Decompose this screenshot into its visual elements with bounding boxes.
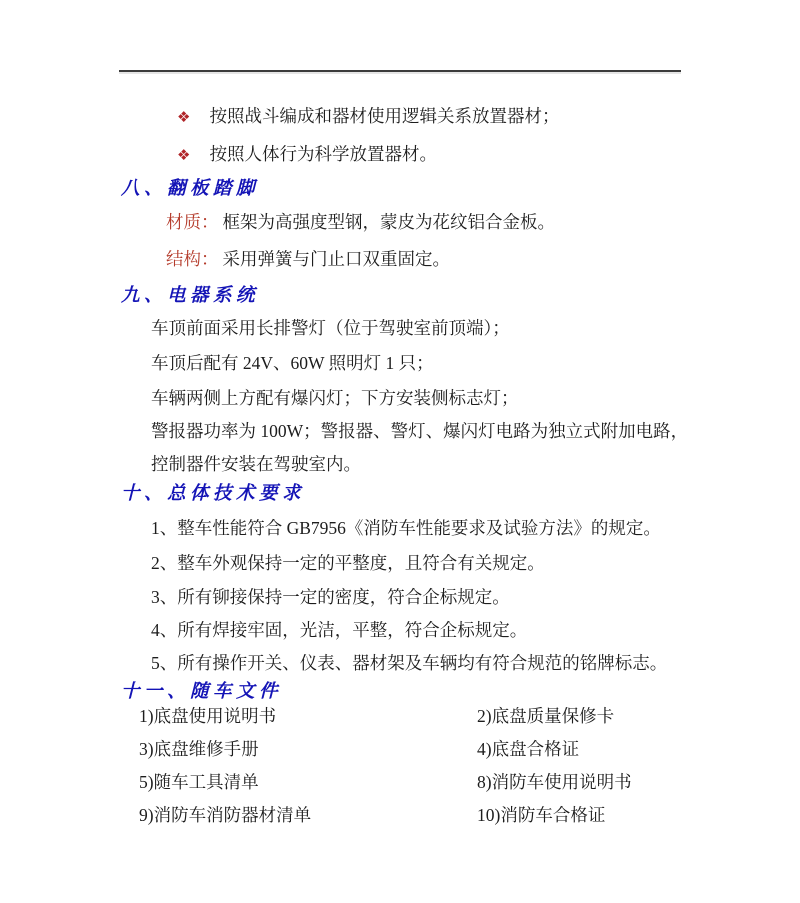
document-list-item: 10)消防车合格证	[477, 802, 605, 827]
electrical-line: 车辆两侧上方配有爆闪灯；下方安装侧标志灯；	[151, 385, 519, 410]
electrical-line: 车顶后配有 24V、60W 照明灯 1 只；	[151, 350, 434, 375]
document-list-item: 3)底盘维修手册	[139, 736, 259, 761]
requirement-item: 5、所有操作开关、仪表、器材架及车辆均有符合规范的铭牌标志。	[151, 650, 667, 675]
section-heading-11: 十一、随车文件	[121, 677, 282, 703]
document-list-item: 5)随车工具清单	[139, 769, 259, 794]
diamond-bullet-icon: ❖	[177, 105, 190, 129]
bullet-item: ❖ 按照人体行为科学放置器材。	[177, 142, 437, 167]
bullet-item: ❖ 按照战斗编成和器材使用逻辑关系放置器材；	[177, 104, 559, 129]
document-list-item: 2)底盘质量保修卡	[477, 703, 614, 728]
material-text: 框架为高强度型钢，蒙皮为花纹铝合金板。	[223, 212, 556, 232]
electrical-line: 控制器件安装在驾驶室内。	[151, 451, 361, 476]
document-list-item: 9)消防车消防器材清单	[139, 802, 311, 827]
structure-text: 采用弹簧与门止口双重固定。	[223, 249, 451, 269]
bullet-text: 按照战斗编成和器材使用逻辑关系放置器材；	[209, 104, 559, 128]
bullet-text: 按照人体行为科学放置器材。	[209, 142, 437, 166]
requirement-item: 1、整车性能符合 GB7956《消防车性能要求及试验方法》的规定。	[151, 515, 661, 540]
section-heading-10: 十、总体技术要求	[121, 479, 305, 505]
requirement-item: 2、整车外观保持一定的平整度，且符合有关规定。	[151, 550, 545, 575]
diamond-bullet-icon: ❖	[177, 143, 190, 167]
document-page: ❖ 按照战斗编成和器材使用逻辑关系放置器材； ❖ 按照人体行为科学放置器材。 八…	[0, 0, 800, 903]
section-heading-8: 八、翻板踏脚	[121, 174, 259, 200]
material-label: 材质：	[166, 212, 219, 232]
top-horizontal-rule	[119, 70, 681, 72]
document-list-item: 4)底盘合格证	[477, 736, 579, 761]
electrical-line: 警报器功率为 100W；警报器、警灯、爆闪灯电路为独立式附加电路，	[151, 418, 688, 443]
document-list-item: 8)消防车使用说明书	[477, 769, 632, 794]
structure-label: 结构：	[166, 249, 219, 269]
requirement-item: 3、所有铆接保持一定的密度，符合企标规定。	[151, 584, 510, 609]
material-row: 材质：框架为高强度型钢，蒙皮为花纹铝合金板。	[166, 209, 555, 234]
section-heading-9: 九、电器系统	[121, 281, 259, 307]
electrical-line: 车顶前面采用长排警灯（位于驾驶室前顶端）；	[151, 315, 510, 340]
structure-row: 结构：采用弹簧与门止口双重固定。	[166, 246, 450, 271]
document-list-item: 1)底盘使用说明书	[139, 703, 276, 728]
requirement-item: 4、所有焊接牢固，光洁，平整，符合企标规定。	[151, 617, 527, 642]
